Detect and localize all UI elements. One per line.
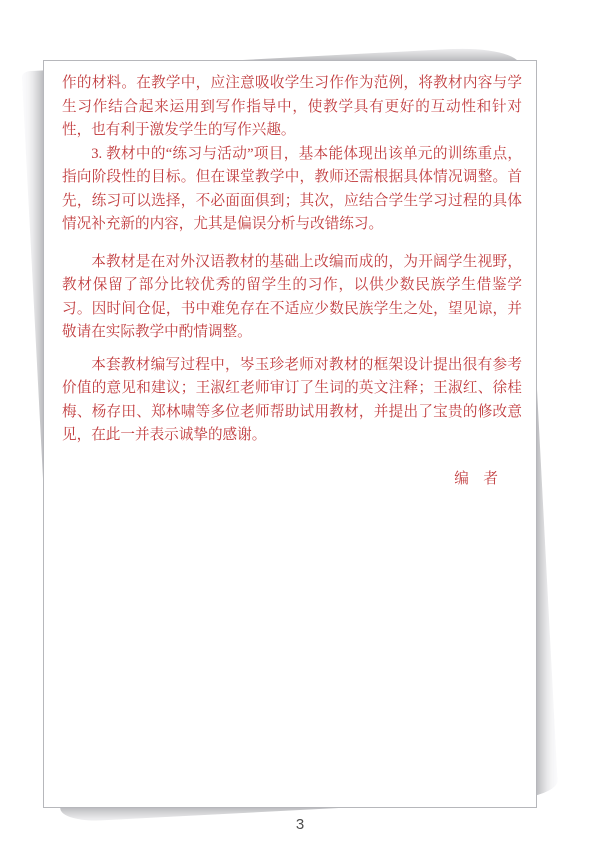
paragraph-2: 3. 教材中的“练习与活动”项目，基本能体现出该单元的训练重点，指向阶段性的目标… xyxy=(62,143,522,237)
document-page: 作的材料。在教学中，应注意吸收学生习作作为范例，将教材内容与学生习作结合起来运用… xyxy=(43,60,537,808)
paragraph-1: 作的材料。在教学中，应注意吸收学生习作作为范例，将教材内容与学生习作结合起来运用… xyxy=(62,72,522,143)
page-content: 作的材料。在教学中，应注意吸收学生习作作为范例，将教材内容与学生习作结合起来运用… xyxy=(62,72,522,491)
page-number: 3 xyxy=(0,816,600,833)
editor-signature: 编 者 xyxy=(62,468,522,492)
paragraph-4: 本套教材编写过程中，岑玉珍老师对教材的框架设计提出很有参考价值的意见和建议；王淑… xyxy=(62,354,522,448)
paragraph-3: 本教材是在对外汉语教材的基础上改编而成的，为开阔学生视野，教材保留了部分比较优秀… xyxy=(62,251,522,345)
